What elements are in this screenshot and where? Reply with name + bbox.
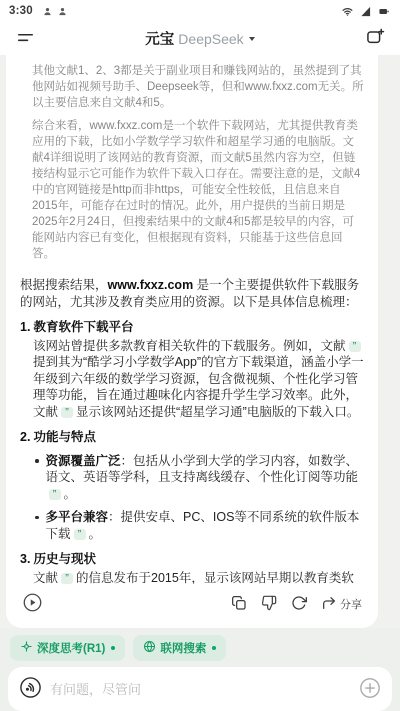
body-text: 显示该网站还提供“超星学习通”电脑版的下载入口。	[76, 405, 359, 419]
thumbs-down-icon	[261, 595, 277, 614]
new-chat-icon	[365, 27, 385, 50]
section-heading: 3.历史与现状	[20, 551, 364, 568]
clock: 3:30	[9, 5, 33, 17]
body-text: 该网站曾提供多款教育相关软件的下载服务。例如，文献	[33, 339, 346, 353]
list-item: 多平台兼容：提供安卓、PC、IOS等不同系统的软件版本下载”。	[20, 509, 364, 542]
bullet-text: 多平台兼容：提供安卓、PC、IOS等不同系统的软件版本下载”。	[46, 509, 365, 542]
bullet-term: 多平台兼容	[46, 510, 109, 524]
body-text: 。	[64, 487, 77, 501]
read-aloud-button[interactable]	[22, 592, 43, 616]
play-icon	[22, 592, 43, 616]
nav-bar: 元宝 DeepSeek	[0, 22, 400, 55]
web-search-label: 联网搜索	[160, 640, 206, 656]
share-label: 分享	[340, 596, 362, 612]
model-name: DeepSeek	[178, 31, 243, 47]
answer-intro: 根据搜索结果，www.fxxz.com 是一个主要提供软件下载服务的网站，尤其涉…	[20, 277, 364, 310]
status-right	[341, 6, 391, 17]
intro-text: 根据搜索结果，	[20, 278, 108, 292]
attach-button[interactable]	[359, 677, 381, 702]
section-number: 1.	[20, 320, 30, 334]
citation-badge[interactable]: ”	[49, 489, 61, 500]
bullet-term: 资源覆盖广泛	[46, 454, 121, 468]
notification-icon	[58, 6, 67, 17]
citation-badge[interactable]: ”	[61, 573, 73, 584]
section-history: 3.历史与现状 文献”的信息发布于2015年，显示该网站早期以教育类软件为主；而…	[20, 551, 364, 584]
body-text: 。	[89, 527, 102, 541]
reasoning-block: 其他文献1、2、3都是关于副业项目和赚钱网站的，虽然提到了其他网站如视频号助手、…	[20, 63, 364, 262]
message-input[interactable]	[50, 682, 351, 697]
chat-area[interactable]: 其他文献1、2、3都是关于副业项目和赚钱网站的，虽然提到了其他网站如视频号助手、…	[0, 55, 400, 628]
share-icon	[321, 595, 337, 614]
web-search-toggle[interactable]: 联网搜索	[133, 635, 226, 661]
section-features: 2.功能与特点 资源覆盖广泛：包括从小学到大学的学习内容，如数学、语文、英语等学…	[20, 429, 364, 542]
assistant-message: 其他文献1、2、3都是关于副业项目和赚钱网站的，虽然提到了其他网站如视频号助手、…	[6, 55, 378, 628]
message-input-bar	[8, 667, 392, 711]
deep-think-toggle[interactable]: 深度思考(R1)	[10, 635, 125, 661]
app-screen: 3:30 元宝 De	[0, 0, 400, 711]
reasoning-paragraph: 综合来看，www.fxxz.com是一个软件下载网站，尤其提供教育类应用的下载，…	[32, 118, 364, 262]
body-text: 文献	[33, 571, 58, 585]
message-action-row: 分享	[20, 584, 364, 620]
cellular-signal-icon	[360, 6, 371, 17]
voice-input-button[interactable]	[19, 676, 42, 702]
deep-think-label: 深度思考(R1)	[37, 640, 105, 656]
citation-badge[interactable]: ”	[61, 407, 73, 418]
chevron-down-icon	[249, 37, 255, 41]
copy-button[interactable]	[231, 595, 247, 614]
dislike-button[interactable]	[261, 595, 277, 614]
active-dot	[111, 646, 115, 650]
new-chat-button[interactable]	[362, 26, 388, 52]
refresh-icon	[291, 595, 307, 614]
hamburger-icon	[16, 28, 35, 50]
list-item: 资源覆盖广泛：包括从小学到大学的学习内容，如数学、语文、英语等学科，且支持离线缓…	[20, 453, 364, 503]
globe-icon	[143, 640, 156, 656]
composer-area: 深度思考(R1) 联网搜索	[0, 628, 400, 711]
share-button[interactable]: 分享	[321, 595, 362, 614]
section-number: 3.	[20, 552, 30, 566]
website-domain: www.fxxz.com	[108, 278, 194, 292]
action-buttons: 分享	[231, 595, 362, 614]
section-body: 文献”的信息发布于2015年，显示该网站早期以教育类软件为主；而文献”发布于20…	[20, 570, 364, 585]
copy-icon	[231, 595, 247, 614]
app-name: 元宝	[145, 28, 174, 49]
section-title: 历史与现状	[33, 552, 96, 566]
citation-badge[interactable]: ”	[74, 529, 86, 540]
body-text: 的信息发布于2015年，显示该网站早期以教育类软件为主；而文献	[33, 571, 354, 585]
status-bar: 3:30	[0, 0, 400, 22]
message-content: 其他文献1、2、3都是关于副业项目和赚钱网站的，虽然提到了其他网站如视频号助手、…	[20, 63, 364, 584]
section-education-platform: 1.教育软件下载平台 该网站曾提供多款教育相关软件的下载服务。例如，文献”提到其…	[20, 319, 364, 420]
voice-icon	[19, 676, 42, 702]
notification-icon	[43, 6, 52, 17]
section-number: 2.	[20, 430, 30, 444]
battery-icon	[377, 6, 391, 17]
menu-button[interactable]	[12, 26, 38, 52]
plus-icon	[359, 677, 381, 702]
section-heading: 2.功能与特点	[20, 429, 364, 446]
section-title: 教育软件下载平台	[33, 320, 133, 334]
regenerate-button[interactable]	[291, 595, 307, 614]
section-heading: 1.教育软件下载平台	[20, 319, 364, 336]
active-dot	[212, 646, 216, 650]
deep-think-icon	[20, 640, 33, 656]
section-body: 该网站曾提供多款教育相关软件的下载服务。例如，文献”提到其为“酷学习小学数学Ap…	[20, 338, 364, 421]
bullet-text: 资源覆盖广泛：包括从小学到大学的学习内容，如数学、语文、英语等学科，且支持离线缓…	[46, 453, 365, 503]
model-selector[interactable]: 元宝 DeepSeek	[145, 28, 254, 49]
answer-block: 根据搜索结果，www.fxxz.com 是一个主要提供软件下载服务的网站，尤其涉…	[20, 277, 364, 584]
wifi-icon	[341, 6, 354, 17]
section-title: 功能与特点	[33, 430, 96, 444]
reasoning-paragraph: 其他文献1、2、3都是关于副业项目和赚钱网站的，虽然提到了其他网站如视频号助手、…	[32, 63, 364, 111]
status-left: 3:30	[9, 5, 67, 17]
mode-toggles: 深度思考(R1) 联网搜索	[10, 635, 392, 661]
citation-badge[interactable]: ”	[349, 341, 361, 352]
